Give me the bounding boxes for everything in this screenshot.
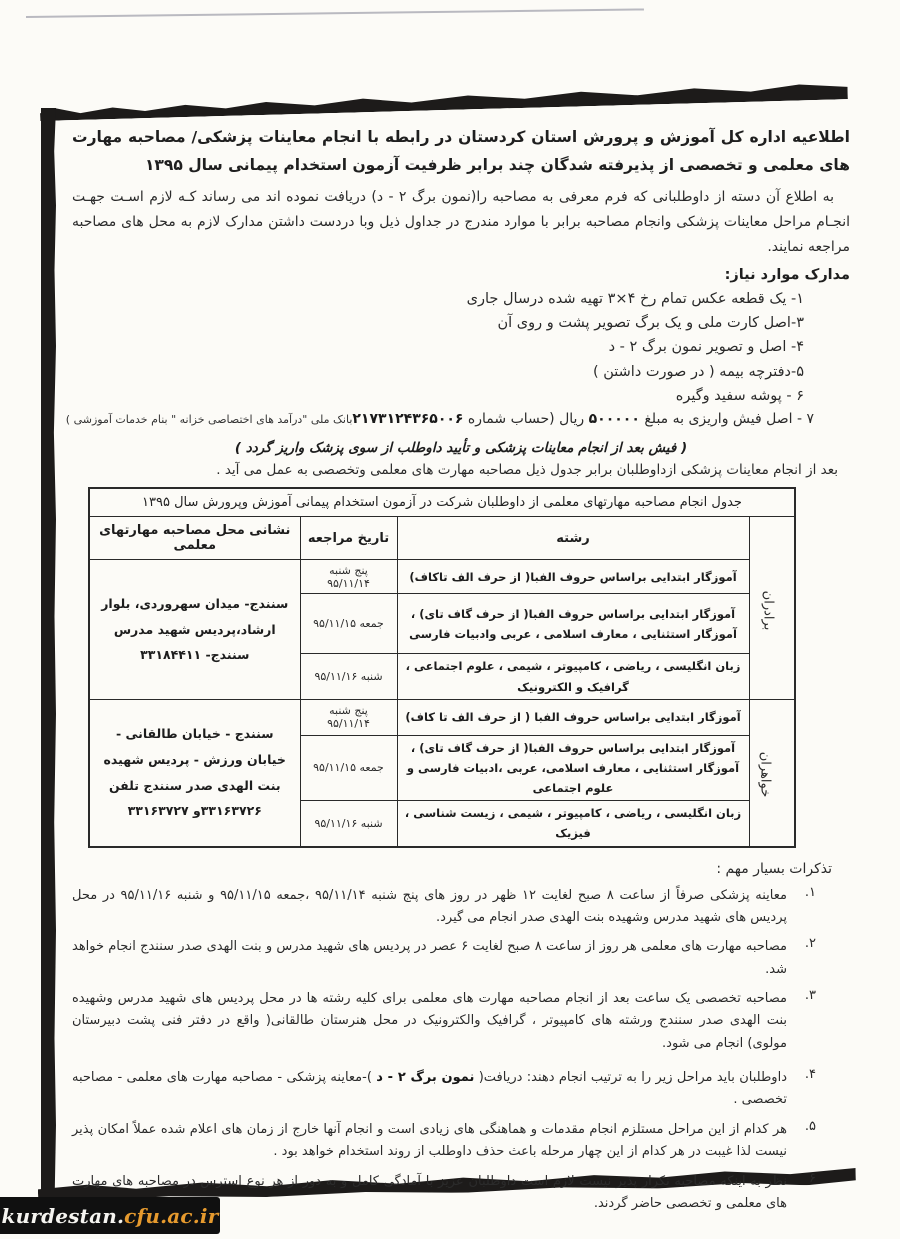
bank-detail-text: بانک ملی "درآمد های اختصاصی خزانه " بنام… (66, 413, 353, 426)
note-number: ۵. (796, 1119, 816, 1164)
date-cell: پنج شنبه ۹۵/۱۱/۱۴ (300, 560, 397, 594)
address-cell-brothers: سنندج- میدان سهروردی، بلوار ارشاد،پردیس … (89, 560, 300, 699)
document-item-payment: ۷ - اصل فیش واریزی به مبلغ ۵۰۰۰۰۰ ریال (… (72, 408, 850, 432)
account-number: ۲۱۷۳۱۲۴۳۶۵۰۰۶ (352, 411, 463, 427)
required-documents-heading: مدارک موارد نیاز: (72, 267, 850, 283)
note-number: ۳. (796, 988, 816, 1055)
notice-title: اطلاعیه اداره کل آموزش و پرورش استان کرد… (72, 124, 850, 180)
note-number: ۱. (796, 885, 816, 930)
note-number: ۶ (796, 1171, 816, 1216)
watermark-kurdestan-cfu: kurdestan.cfu.ac.ir (0, 1197, 220, 1234)
field-cell: زبان انگلیسی ، ریاضی ، کامپیوتر ، شیمی ،… (397, 801, 749, 847)
document-item: ۶ - پوشه سفید وگیره (72, 384, 804, 408)
column-header-address: نشانی محل مصاحبه مهارتهای معلمی (89, 517, 300, 560)
note-item: ۲. مصاحبه مهارت های معلمی هر روز از ساعت… (72, 936, 816, 981)
required-documents-list: ۱- یک قطعه عکس تمام رخ ۴×۳ تهیه شده درسا… (72, 287, 850, 407)
field-cell: آموزگار ابتدایی براساس حروف الفبا( از حر… (397, 594, 749, 654)
table-row: آموزگار ابتدایی براساس حروف الفبا( از حر… (89, 560, 795, 594)
note-item: ۵. هر کدام از این مراحل مستلزم انجام مقد… (72, 1119, 816, 1164)
note-text: مصاحبه تخصصی یک ساعت بعد از انجام مصاحبه… (72, 988, 787, 1055)
post-examination-note: بعد از انجام معاینات پزشکی ازداوطلبان بر… (72, 462, 850, 478)
important-notes-list: ۱. معاینه پزشکی صرفاً از ساعت ۸ صبح لغای… (72, 885, 850, 1216)
date-cell: جمعه ۹۵/۱۱/۱۵ (300, 735, 397, 800)
field-cell: زبان انگلیسی ، ریاضی ، کامپیوتر ، شیمی ،… (397, 654, 749, 699)
note-number: ۲. (796, 936, 816, 981)
document-item: ۴- اصل و تصویر نمون برگ ۲ - د (72, 335, 804, 359)
document-item: ۳-اصل کارت ملی و یک برگ تصویر پشت و روی … (72, 311, 804, 335)
date-cell: شنبه ۹۵/۱۱/۱۶ (300, 654, 397, 699)
field-cell: آموزگار ابتدایی براساس حروف الفبا( از حر… (397, 560, 749, 594)
table-caption: جدول انجام مصاحبه مهارتهای معلمی از داوط… (89, 488, 795, 517)
note-item: ۳. مصاحبه تخصصی یک ساعت بعد از انجام مصا… (72, 988, 816, 1055)
notice-document: اطلاعیه اداره کل آموزش و پرورش استان کرد… (72, 124, 850, 1222)
watermark-suffix: cfu.ac.ir (124, 1204, 218, 1228)
notes-heading: تذکرات بسیار مهم : (72, 861, 850, 877)
note-item: ۱. معاینه پزشکی صرفاً از ساعت ۸ صبح لغای… (72, 885, 816, 930)
table-caption-row: جدول انجام مصاحبه مهارتهای معلمی از داوط… (89, 488, 795, 517)
table-header-row: برادران رشته تاریخ مراجعه نشانی محل مصاح… (89, 517, 795, 560)
intro-paragraph: به اطلاع آن دسته از داوطلبانی که فرم معر… (72, 185, 850, 261)
document-item: ۵-دفترچه بیمه ( در صورت داشتن ) (72, 360, 804, 384)
note-bold-form-name: نمون برگ ۲ - د (376, 1070, 474, 1085)
note-item: ۴. داوطلبان باید مراحل زیر را به ترتیب ا… (72, 1067, 816, 1112)
date-cell: جمعه ۹۵/۱۱/۱۵ (300, 594, 397, 654)
column-header-date: تاریخ مراجعه (300, 517, 397, 560)
note-text: مصاحبه مهارت های معلمی هر روز از ساعت ۸ … (72, 936, 787, 981)
group-label-brothers: برادران (749, 517, 795, 699)
payment-amount: ۵۰۰۰۰۰ (589, 411, 640, 427)
note-text: داوطلبان باید مراحل زیر را به ترتیب انجا… (72, 1067, 787, 1112)
field-cell: آموزگار ابتدایی براساس حروف الفبا ( از ح… (397, 699, 749, 735)
interview-schedule-table: جدول انجام مصاحبه مهارتهای معلمی از داوط… (88, 487, 796, 847)
note-text: هر کدام از این مراحل مستلزم انجام مقدمات… (72, 1119, 787, 1164)
watermark-prefix: kurdestan. (2, 1204, 125, 1228)
column-header-field: رشته (397, 517, 749, 560)
fee-deposit-note: ( فیش بعد از انجام معاینات پزشکی و تأیید… (72, 440, 850, 456)
date-cell: پنج شنبه ۹۵/۱۱/۱۴ (300, 699, 397, 735)
table-row: خواهران آموزگار ابتدایی براساس حروف الفب… (89, 699, 795, 735)
scan-border-left (41, 108, 56, 1190)
group-label-sisters: خواهران (749, 699, 795, 846)
payment-text: ۷ - اصل فیش واریزی به مبلغ (640, 411, 814, 427)
document-item: ۱- یک قطعه عکس تمام رخ ۴×۳ تهیه شده درسا… (72, 287, 804, 311)
date-cell: شنبه ۹۵/۱۱/۱۶ (300, 801, 397, 847)
payment-text: ریال (حساب شماره (463, 411, 588, 427)
note-text: معاینه پزشکی صرفاً از ساعت ۸ صبح لغایت ۱… (72, 885, 787, 930)
note-number: ۴. (796, 1067, 816, 1112)
address-cell-sisters: سنندج - خیابان طالقانی - خیابان ورزش - پ… (89, 699, 300, 846)
field-cell: آموزگار ابتدایی براساس حروف الفبا( از حر… (397, 735, 749, 800)
